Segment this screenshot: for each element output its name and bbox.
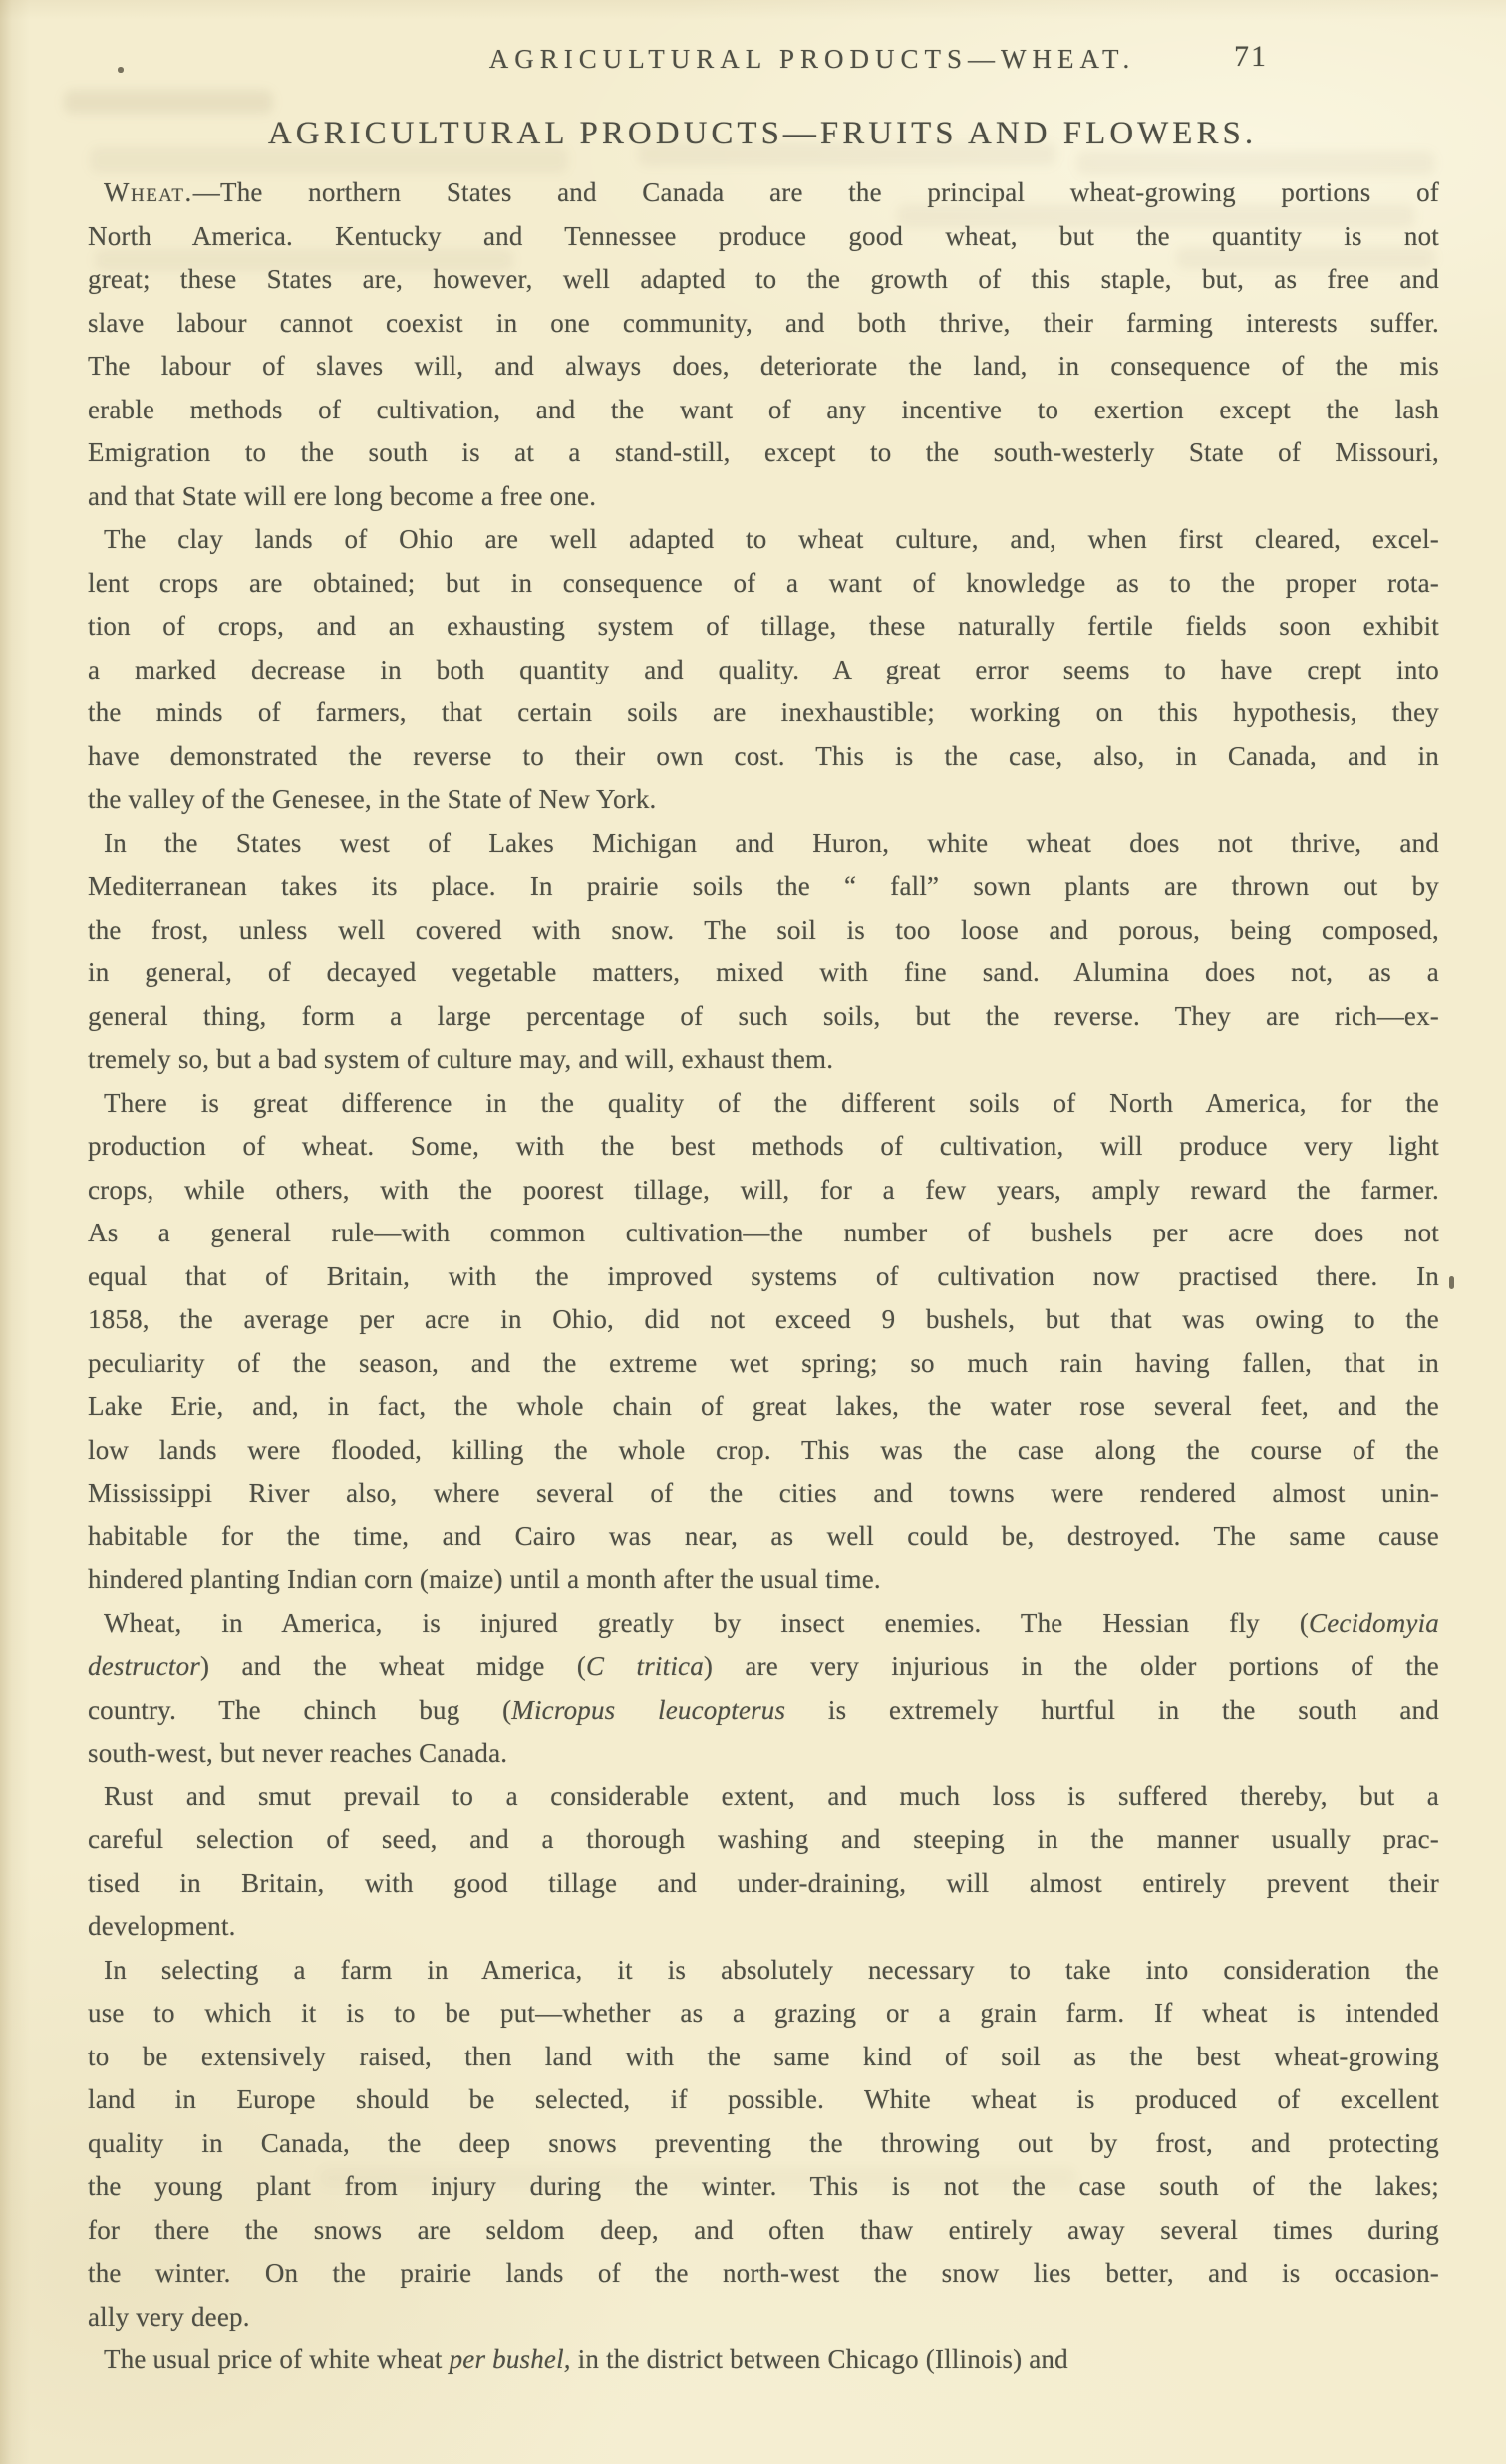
text-line: use to which it is to be put—whether as … bbox=[88, 1992, 1439, 2036]
text-line: erable methods of cultivation, and the w… bbox=[88, 389, 1439, 432]
text-line: The usual price of white wheat per bushe… bbox=[88, 2338, 1439, 2382]
page-number: 71 bbox=[1234, 40, 1268, 74]
text-line: for there the snows are seldom deep, and… bbox=[88, 2209, 1439, 2253]
running-header: AGRICULTURAL PRODUCTS—WHEAT. bbox=[120, 44, 1505, 75]
text-line: to be extensively raised, then land with… bbox=[88, 2036, 1439, 2079]
text-line: crops, while others, with the poorest ti… bbox=[88, 1169, 1439, 1213]
text-line: the winter. On the prairie lands of the … bbox=[88, 2252, 1439, 2296]
text-line: Wheat.—The northern States and Canada ar… bbox=[88, 171, 1439, 215]
text-line: In selecting a farm in America, it is ab… bbox=[88, 1949, 1439, 1993]
paragraph: The usual price of white wheat per bushe… bbox=[88, 2338, 1439, 2382]
text-line: The clay lands of Ohio are well adapted … bbox=[88, 518, 1439, 562]
text-line: equal that of Britain, with the improved… bbox=[88, 1255, 1439, 1299]
ink-speck bbox=[1449, 1276, 1454, 1289]
text-line: Rust and smut prevail to a considerable … bbox=[88, 1776, 1439, 1819]
text-line: peculiarity of the season, and the extre… bbox=[88, 1342, 1439, 1386]
text-line: have demonstrated the reverse to their o… bbox=[88, 735, 1439, 779]
text-line: Mediterranean takes its place. In prairi… bbox=[88, 865, 1439, 909]
text-line: tremely so, but a bad system of culture … bbox=[88, 1038, 1439, 1082]
text-line: south-west, but never reaches Canada. bbox=[88, 1732, 1439, 1776]
text-line: development. bbox=[88, 1905, 1439, 1949]
text-line: careful selection of seed, and a thoroug… bbox=[88, 1818, 1439, 1862]
paragraph: Wheat.—The northern States and Canada ar… bbox=[88, 171, 1439, 518]
text-line: slave labour cannot coexist in one commu… bbox=[88, 302, 1439, 346]
text-line: habitable for the time, and Cairo was ne… bbox=[88, 1515, 1439, 1559]
text-line: There is great difference in the quality… bbox=[88, 1082, 1439, 1126]
text-line: The labour of slaves will, and always do… bbox=[88, 345, 1439, 389]
text-line: 1858, the average per acre in Ohio, did … bbox=[88, 1298, 1439, 1342]
text-line: destructor) and the wheat midge (C triti… bbox=[88, 1645, 1439, 1689]
text-line: As a general rule—with common cultivatio… bbox=[88, 1212, 1439, 1255]
text-line: Wheat, in America, is injured greatly by… bbox=[88, 1602, 1439, 1646]
text-line: general thing, form a large percentage o… bbox=[88, 995, 1439, 1039]
text-line: North America. Kentucky and Tennessee pr… bbox=[88, 215, 1439, 259]
text-line: Emigration to the south is at a stand-st… bbox=[88, 431, 1439, 475]
text-line: production of wheat. Some, with the best… bbox=[88, 1125, 1439, 1169]
text-line: and that State will ere long become a fr… bbox=[88, 475, 1439, 519]
text-line: Mississippi River also, where several of… bbox=[88, 1472, 1439, 1515]
paragraph: There is great difference in the quality… bbox=[88, 1082, 1439, 1602]
text-line: low lands were flooded, killing the whol… bbox=[88, 1429, 1439, 1473]
text-line: Lake Erie, and, in fact, the whole chain… bbox=[88, 1385, 1439, 1429]
bleed-through-smudge bbox=[64, 90, 273, 114]
text-line: the minds of farmers, that certain soils… bbox=[88, 691, 1439, 735]
text-line: tion of crops, and an exhausting system … bbox=[88, 605, 1439, 649]
text-line: hindered planting Indian corn (maize) un… bbox=[88, 1558, 1439, 1602]
text-block: Wheat.—The northern States and Canada ar… bbox=[88, 171, 1439, 2382]
text-line: ally very deep. bbox=[88, 2296, 1439, 2339]
paragraph: In selecting a farm in America, it is ab… bbox=[88, 1949, 1439, 2339]
text-line: a marked decrease in both quantity and q… bbox=[88, 649, 1439, 692]
text-line: great; these States are, however, well a… bbox=[88, 258, 1439, 302]
text-line: quality in Canada, the deep snows preven… bbox=[88, 2122, 1439, 2166]
text-line: the young plant from injury during the w… bbox=[88, 2165, 1439, 2209]
text-line: tised in Britain, with good tillage and … bbox=[88, 1862, 1439, 1906]
paragraph: Rust and smut prevail to a considerable … bbox=[88, 1776, 1439, 1949]
text-line: country. The chinch bug (Micropus leucop… bbox=[88, 1689, 1439, 1733]
scanned-book-page: AGRICULTURAL PRODUCTS—WHEAT. 71 AGRICULT… bbox=[0, 0, 1506, 2464]
text-line: land in Europe should be selected, if po… bbox=[88, 2078, 1439, 2122]
paragraph: In the States west of Lakes Michigan and… bbox=[88, 822, 1439, 1082]
text-line: in general, of decayed vegetable matters… bbox=[88, 952, 1439, 995]
text-line: the frost, unless well covered with snow… bbox=[88, 909, 1439, 953]
text-line: In the States west of Lakes Michigan and… bbox=[88, 822, 1439, 866]
text-line: the valley of the Genesee, in the State … bbox=[88, 778, 1439, 822]
paragraph: Wheat, in America, is injured greatly by… bbox=[88, 1602, 1439, 1776]
text-line: lent crops are obtained; but in conseque… bbox=[88, 562, 1439, 606]
section-heading: AGRICULTURAL PRODUCTS—FRUITS AND FLOWERS… bbox=[85, 116, 1440, 152]
paragraph: The clay lands of Ohio are well adapted … bbox=[88, 518, 1439, 822]
